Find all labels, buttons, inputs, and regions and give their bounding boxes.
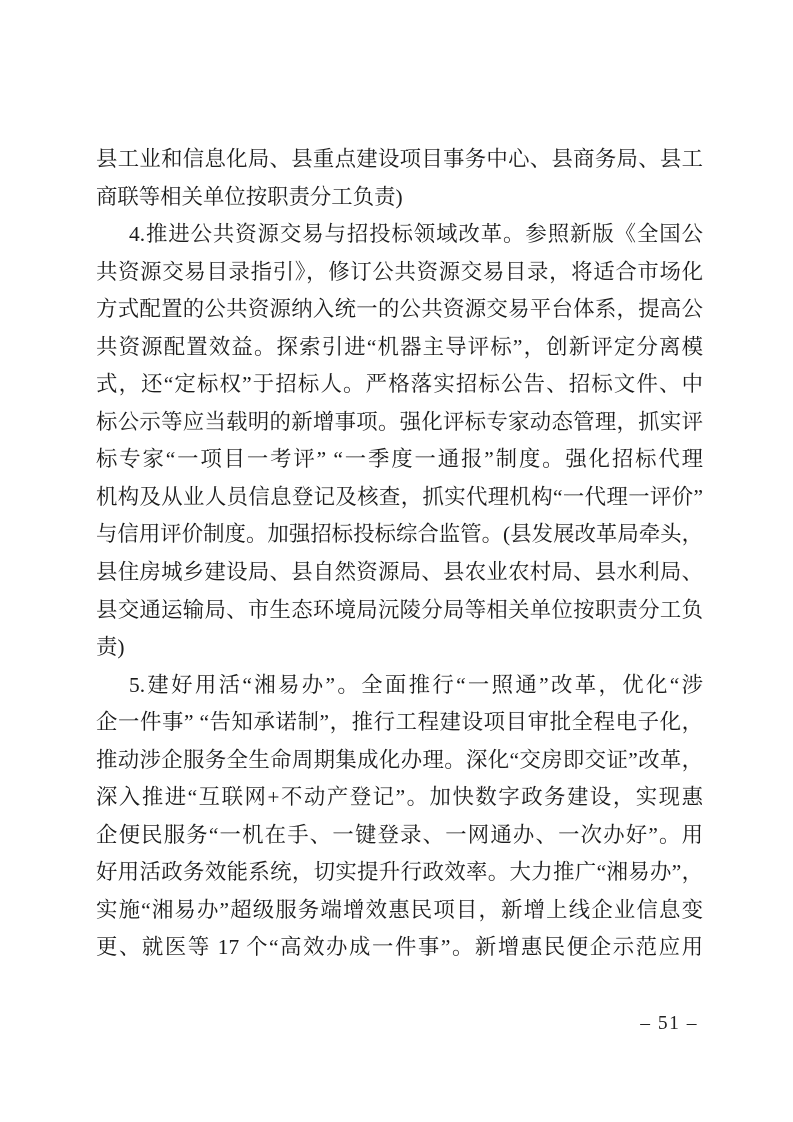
text-line: 企便民服务“一机在手、一键登录、一网通办、一次办好”。用 xyxy=(96,817,703,855)
text-line: 实施“湘易办”超级服务端增效惠民项目，新增上线企业信息变 xyxy=(96,892,703,930)
document-page: 县工业和信息化局、县重点建设项目事务中心、县商务局、县工商联等相关单位按职责分工… xyxy=(0,0,793,1122)
text-line: 企一件事” “告知承诺制”，推行工程建设项目审批全程电子化， xyxy=(96,704,703,742)
text-line: 方式配置的公共资源纳入统一的公共资源交易平台体系，提高公 xyxy=(96,291,703,329)
text-line: 更、就医等 17 个“高效办成一件事”。新增惠民便企示范应用 xyxy=(96,929,703,967)
text-line: 责) xyxy=(96,629,703,667)
text-line: 推动涉企服务全生命周期集成化办理。深化“交房即交证”改革， xyxy=(96,742,703,780)
text-line: 共资源交易目录指引》，修订公共资源交易目录，将适合市场化 xyxy=(96,254,703,292)
text-line: 县交通运输局、市生态环境局沅陵分局等相关单位按职责分工负 xyxy=(96,592,703,630)
text-line: 式，还“定标权”于招标人。严格落实招标公告、招标文件、中 xyxy=(96,366,703,404)
text-line: 商联等相关单位按职责分工负责) xyxy=(96,179,703,217)
text-line: 5.建好用活“湘易办”。全面推行“一照通”改革，优化“涉 xyxy=(96,667,703,705)
document-body: 县工业和信息化局、县重点建设项目事务中心、县商务局、县工商联等相关单位按职责分工… xyxy=(96,141,703,967)
text-line: 标公示等应当载明的新增事项。强化评标专家动态管理，抓实评 xyxy=(96,404,703,442)
text-line: 与信用评价制度。加强招标投标综合监管。(县发展改革局牵头， xyxy=(96,516,703,554)
text-line: 县工业和信息化局、县重点建设项目事务中心、县商务局、县工 xyxy=(96,141,703,179)
text-line: 共资源配置效益。探索引进“机器主导评标”，创新评定分离模 xyxy=(96,329,703,367)
text-line: 好用活政务效能系统，切实提升行政效率。大力推广“湘易办”， xyxy=(96,854,703,892)
text-line: 标专家“一项目一考评” “一季度一通报”制度。强化招标代理 xyxy=(96,441,703,479)
text-line: 深入推进“互联网+不动产登记”。加快数字政务建设，实现惠 xyxy=(96,779,703,817)
page-number: – 51 – xyxy=(640,1012,698,1036)
text-line: 4.推进公共资源交易与招投标领域改革。参照新版《全国公 xyxy=(96,216,703,254)
text-line: 机构及从业人员信息登记及核查，抓实代理机构“一代理一评价” xyxy=(96,479,703,517)
text-line: 县住房城乡建设局、县自然资源局、县农业农村局、县水利局、 xyxy=(96,554,703,592)
